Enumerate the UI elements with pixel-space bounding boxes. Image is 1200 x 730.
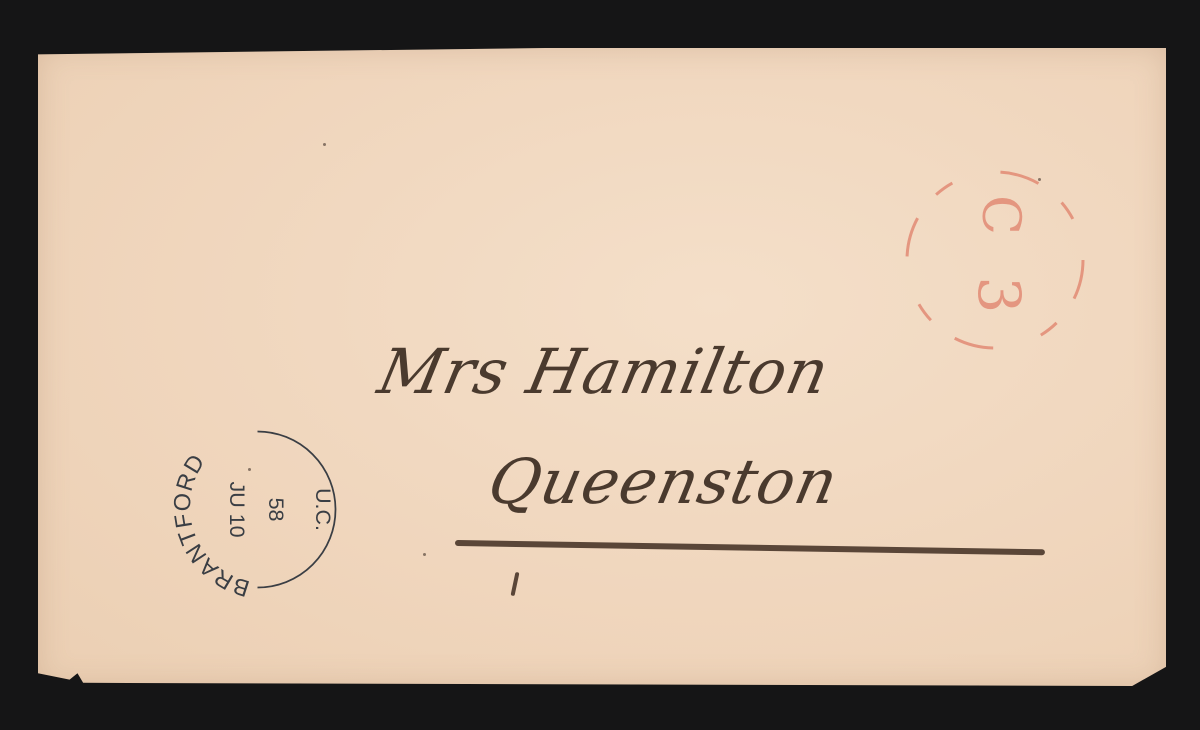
postmark-province: U.C. (311, 488, 335, 531)
rate-value: 3 (965, 277, 1033, 314)
speck (323, 143, 326, 146)
brantford-postmark: BRANTFORD JU 10 58 U.C. (160, 412, 355, 607)
address-name: Mrs Hamilton (372, 335, 836, 408)
postmark-date: JU 10 (225, 481, 249, 537)
address-town: Queenston (482, 445, 845, 518)
rate-letter: C (970, 195, 1030, 235)
speck (423, 553, 426, 556)
rate-handstamp: C 3 (895, 160, 1095, 360)
postmark-year: 58 (264, 498, 288, 522)
